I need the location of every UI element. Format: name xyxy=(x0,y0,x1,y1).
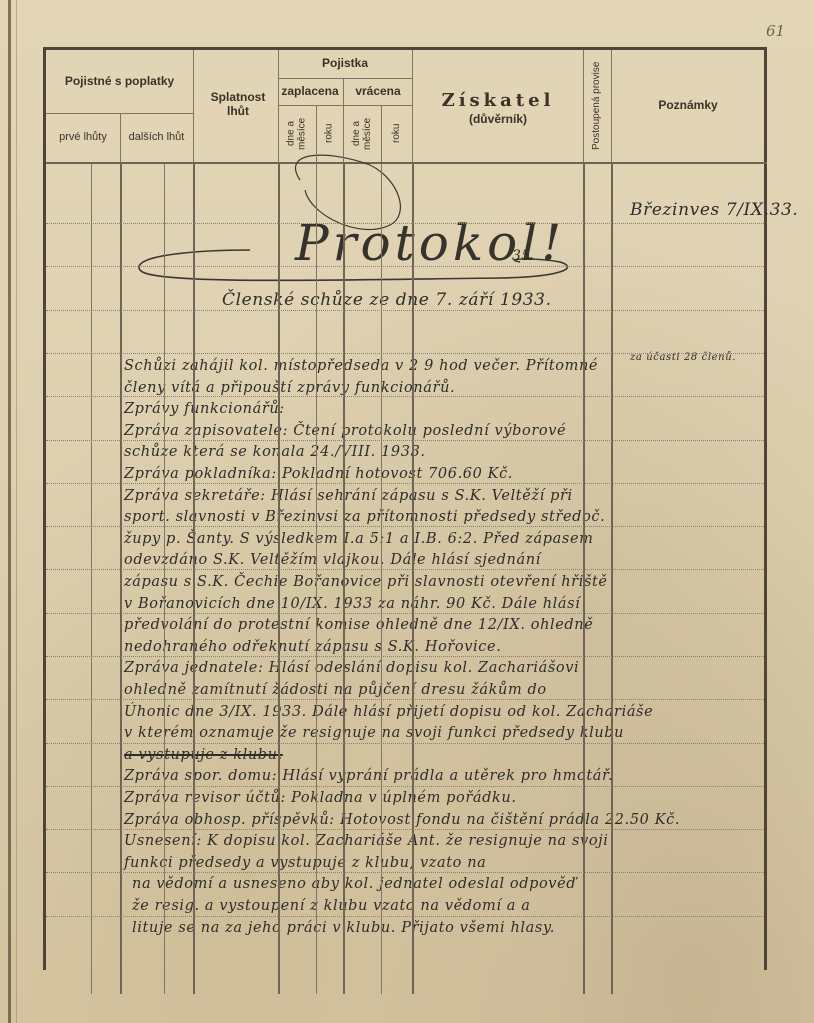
row-line xyxy=(46,743,764,744)
body-column-line xyxy=(611,164,613,994)
body-column-line xyxy=(583,164,585,994)
body-column-line xyxy=(278,164,280,994)
protocol-line: Zpráva spor. domu: Hlásí vyprání prádla … xyxy=(124,768,613,784)
protocol-number: 35. xyxy=(512,248,536,264)
row-line xyxy=(46,310,764,311)
row-line xyxy=(46,396,764,397)
header-column-line xyxy=(583,50,584,162)
header-column-line xyxy=(193,50,194,162)
protocol-line: členy vítá a připouští zprávy funkcionář… xyxy=(124,380,455,396)
row-line xyxy=(46,440,764,441)
protocol-line: že resig. a vystoupení z klubu vzato na … xyxy=(132,898,531,914)
protocol-line: Úhonic dne 3/IX. 1933. Dále hlásí přijet… xyxy=(124,704,653,720)
protocol-line: zápasu s S.K. Čechie Bořanovice při slav… xyxy=(124,574,608,590)
ledger-page: 61 Pojistné s poplatky prvé lhůty dalšíc… xyxy=(0,0,814,1023)
protocol-line: funkci předsedy a vystupuje z klubu, vza… xyxy=(124,855,486,871)
header-column-line xyxy=(343,78,344,162)
row-line xyxy=(46,526,764,527)
row-line xyxy=(46,483,764,484)
row-line xyxy=(46,786,764,787)
place-date: Březinves 7/IX.33. xyxy=(630,200,798,220)
row-line xyxy=(46,613,764,614)
row-line xyxy=(46,872,764,873)
body-column-line xyxy=(381,164,382,994)
protocol-line: Zpráva obhosp. příspěvků: Hotovost fondu… xyxy=(124,812,680,828)
header-column-line xyxy=(381,106,382,162)
row-line xyxy=(46,656,764,657)
protocol-line: ohledně zamítnutí žádosti na půjčení dre… xyxy=(124,682,547,698)
body-column-line xyxy=(343,164,345,994)
body-column-line xyxy=(412,164,414,994)
body-column-line xyxy=(193,164,195,994)
protocol-line: Zpráva revisor účtů: Pokladna v úplném p… xyxy=(124,790,517,806)
protocol-line: Zprávy funkcionářů: xyxy=(124,401,285,417)
protocol-line: nedohraného odřeknutí zápasu s S.K. Hořo… xyxy=(124,639,501,655)
header-column-line xyxy=(278,50,279,162)
body-column-line xyxy=(164,164,165,994)
row-line xyxy=(46,916,764,917)
protocol-line: v kterém oznamuje že resignuje na svoji … xyxy=(124,725,624,741)
body-column-line xyxy=(91,164,92,994)
protocol-line: Usnesení: K dopisu kol. Zachariáše Ant. … xyxy=(124,833,609,849)
meeting-subtitle: Členské schůze ze dne 7. září 1933. xyxy=(222,290,552,310)
protocol-line: Zpráva zapisovatele: Čtení protokolu pos… xyxy=(124,423,566,439)
protocol-line: Zpráva sekretáře: Hlásí sehrání zápasu s… xyxy=(124,488,573,504)
header-column-line xyxy=(316,106,317,162)
header-column-line xyxy=(412,50,413,162)
body-column-line xyxy=(120,164,122,994)
header-column-line xyxy=(120,113,121,162)
protocol-line: na vědomí a usneseno aby kol. jednatel o… xyxy=(132,876,576,892)
protocol-line: odevzdáno S.K. Veltěžím vlajkou. Dále hl… xyxy=(124,552,541,568)
row-line xyxy=(46,223,764,224)
row-line xyxy=(46,569,764,570)
header-column-line xyxy=(611,50,612,162)
row-line xyxy=(46,266,764,267)
row-line xyxy=(46,353,764,354)
protocol-line: Zpráva pokladníka: Pokladní hotovost 706… xyxy=(124,466,513,482)
protocol-line: sport. slavnosti v Březinvsi za přítomno… xyxy=(124,509,605,525)
row-line xyxy=(46,829,764,830)
protocol-line: a vystupuje z klubu. xyxy=(124,747,283,763)
body-column-line xyxy=(316,164,317,994)
row-line xyxy=(46,699,764,700)
protocol-line: Schůzi zahájil kol. místopředseda v 2 9 … xyxy=(124,358,598,374)
